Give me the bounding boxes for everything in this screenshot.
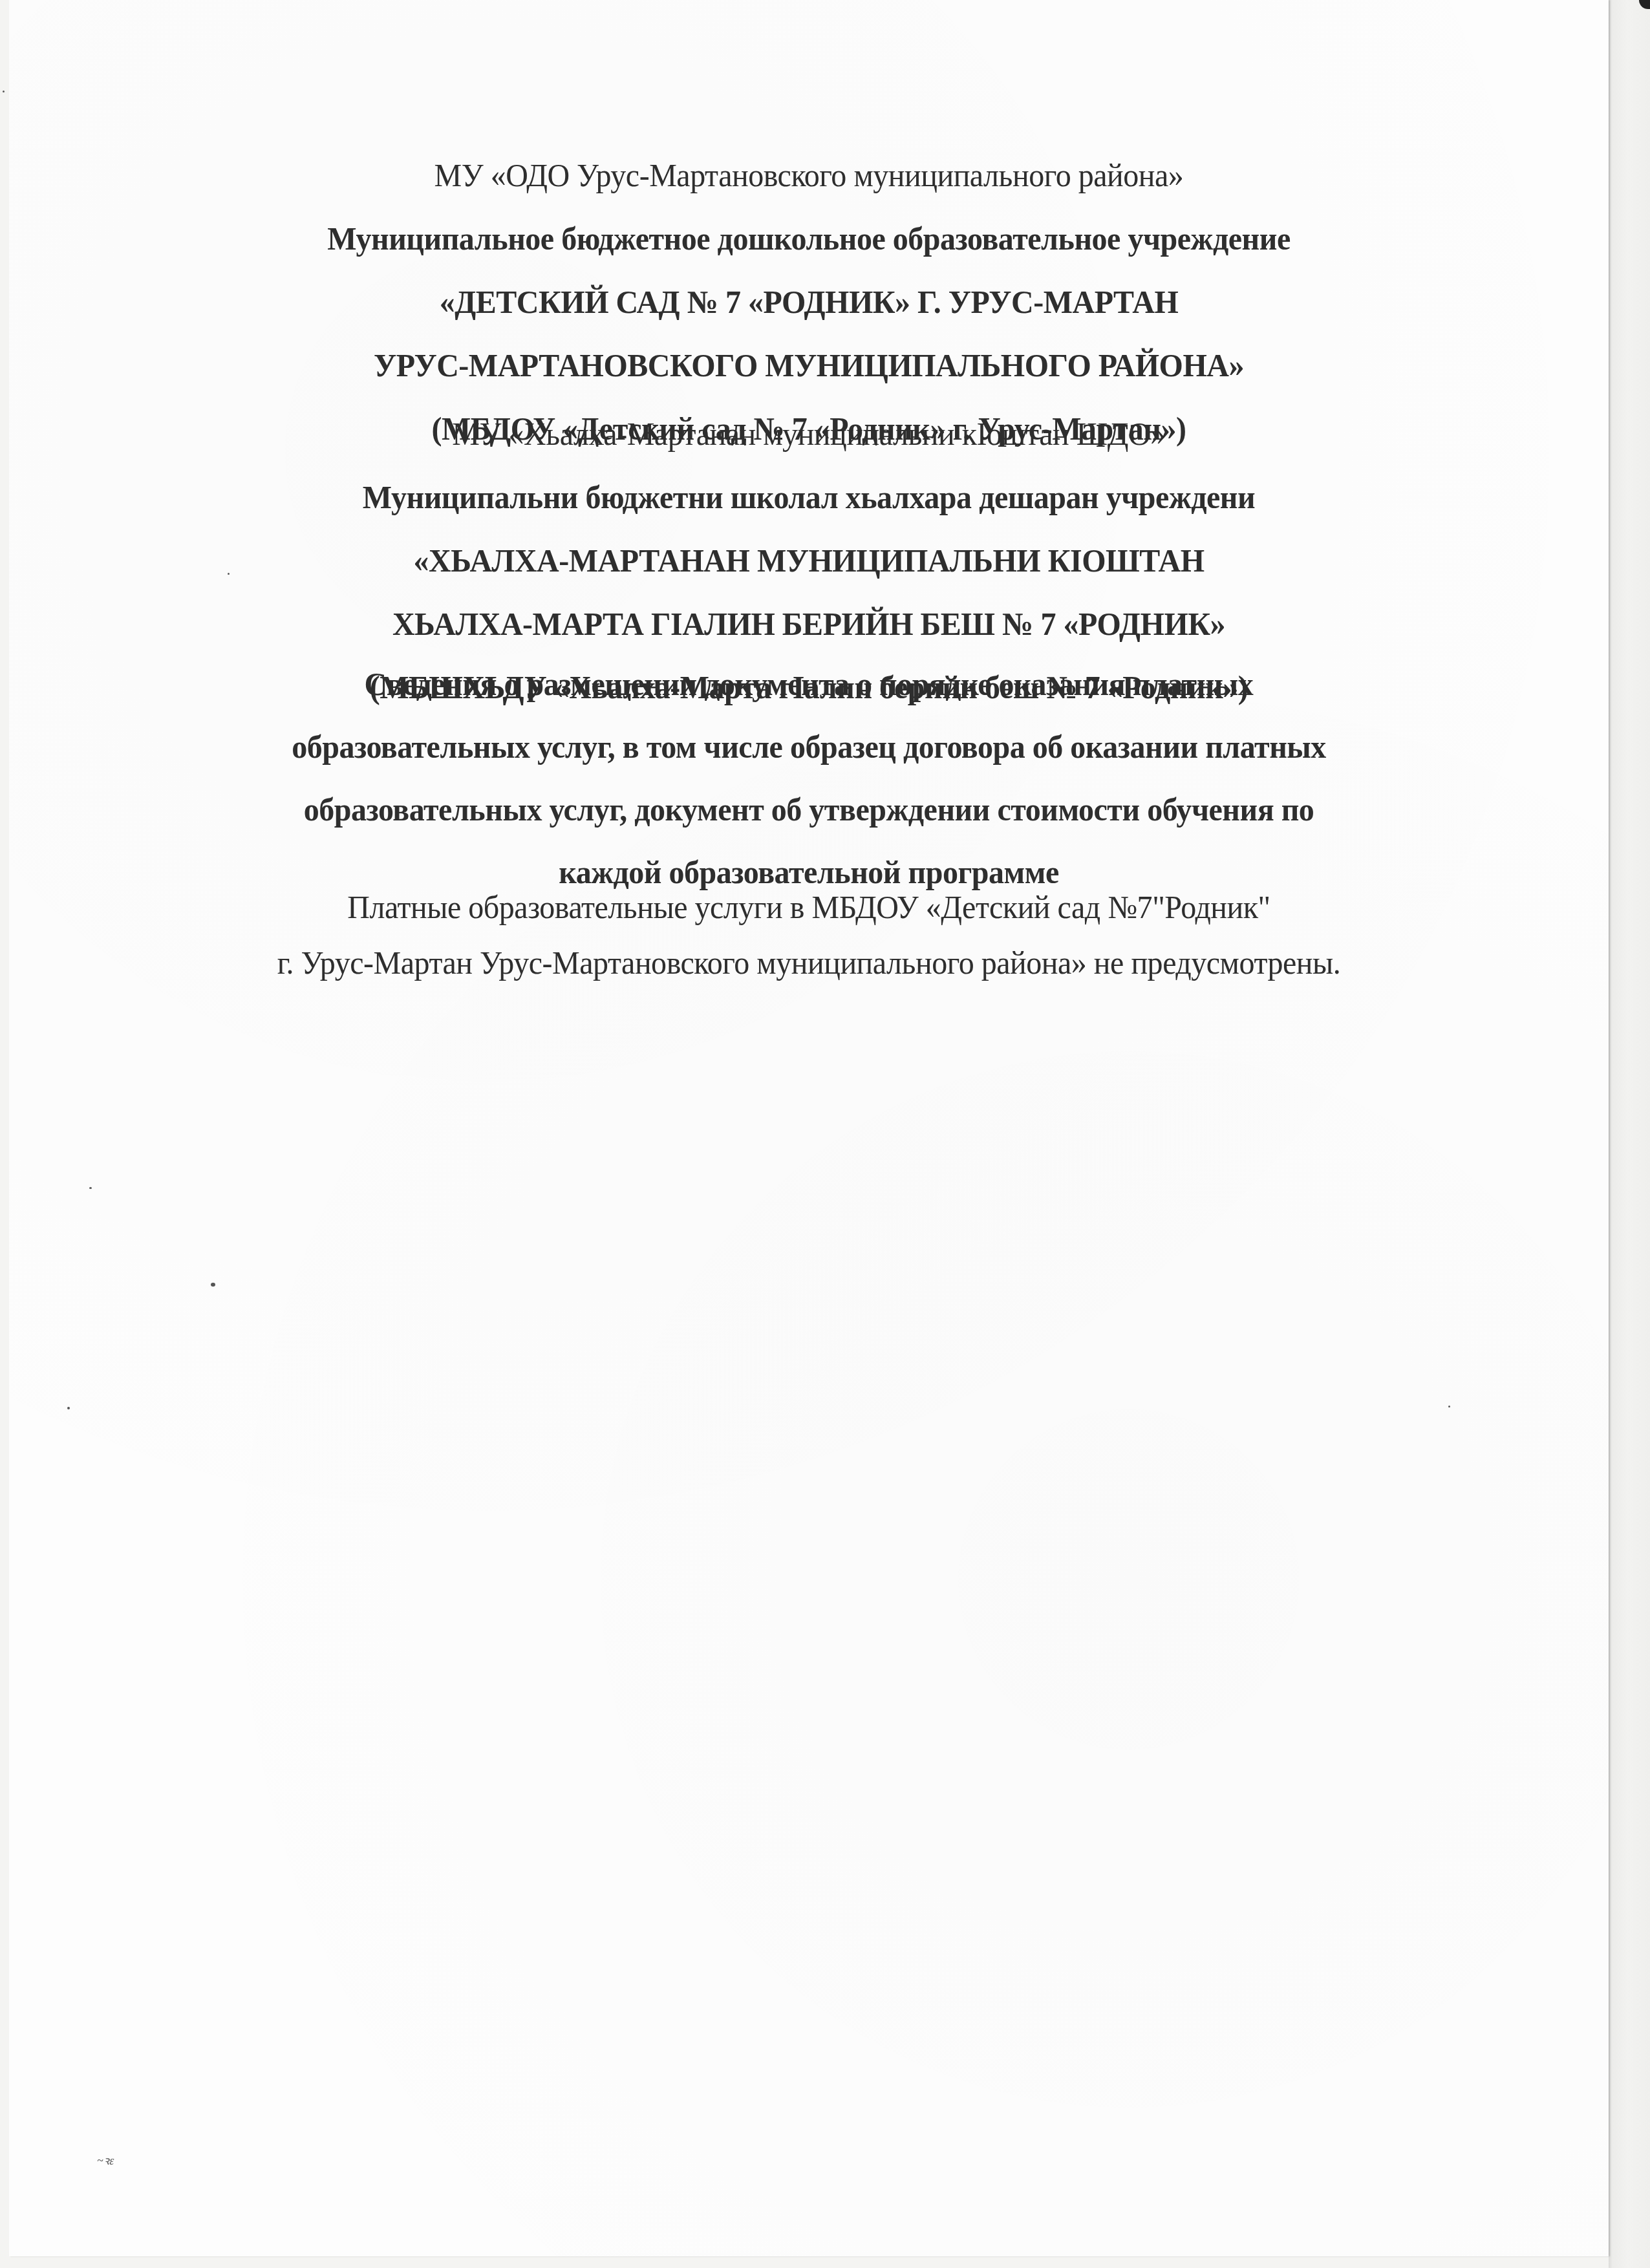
heading-line-1: Сведения о размещении документа о порядк…: [41, 653, 1576, 716]
statement-line-2: г. Урус-Мартан Урус-Мартановского муници…: [41, 935, 1576, 990]
institution-name-line-2: ХЬАЛХА-МАРТА ГIАЛИН БЕРИЙН БЕШ № 7 «РОДН…: [41, 592, 1576, 656]
institution-type: Муниципальное бюджетное дошкольное образ…: [41, 207, 1576, 270]
scan-speck: [67, 1407, 70, 1409]
institution-name-line-1: «ХЬАЛХА-МАРТАНАН МУНИЦИПАЛЬНИ КIОШТАН: [41, 529, 1576, 592]
institution-name-line-1: «ДЕТСКИЙ САД № 7 «РОДНИК» Г. УРУС-МАРТАН: [41, 270, 1576, 334]
authority-line: МУ «Хьалха-Мартанан муниципальни кIоштан…: [41, 402, 1576, 465]
scan-speck: [211, 1283, 215, 1287]
document-heading: Сведения о размещении документа о порядк…: [9, 653, 1609, 904]
institution-type: Муниципальни бюджетни школал хьалхара де…: [41, 465, 1576, 529]
heading-line-3: образовательных услуг, документ об утвер…: [41, 778, 1576, 841]
institution-name-line-2: УРУС-МАРТАНОВСКОГО МУНИЦИПАЛЬНОГО РАЙОНА…: [41, 334, 1576, 397]
statement-line-1: Платные образовательные услуги в МБДОУ «…: [41, 879, 1576, 935]
scan-speck: [228, 573, 230, 575]
scan-scribble-mark: ~ ꝛ ɛ: [97, 2153, 112, 2168]
heading-line-2: образовательных услуг, в том числе образ…: [41, 716, 1576, 778]
scanner-border: [1609, 0, 1650, 2268]
scan-speck: [3, 91, 5, 92]
scan-speck: [1448, 1406, 1450, 1407]
paid-services-statement: Платные образовательные услуги в МБДОУ «…: [9, 879, 1609, 990]
scan-speck: [89, 1187, 92, 1189]
authority-line: МУ «ОДО Урус-Мартановского муниципальног…: [41, 144, 1576, 207]
